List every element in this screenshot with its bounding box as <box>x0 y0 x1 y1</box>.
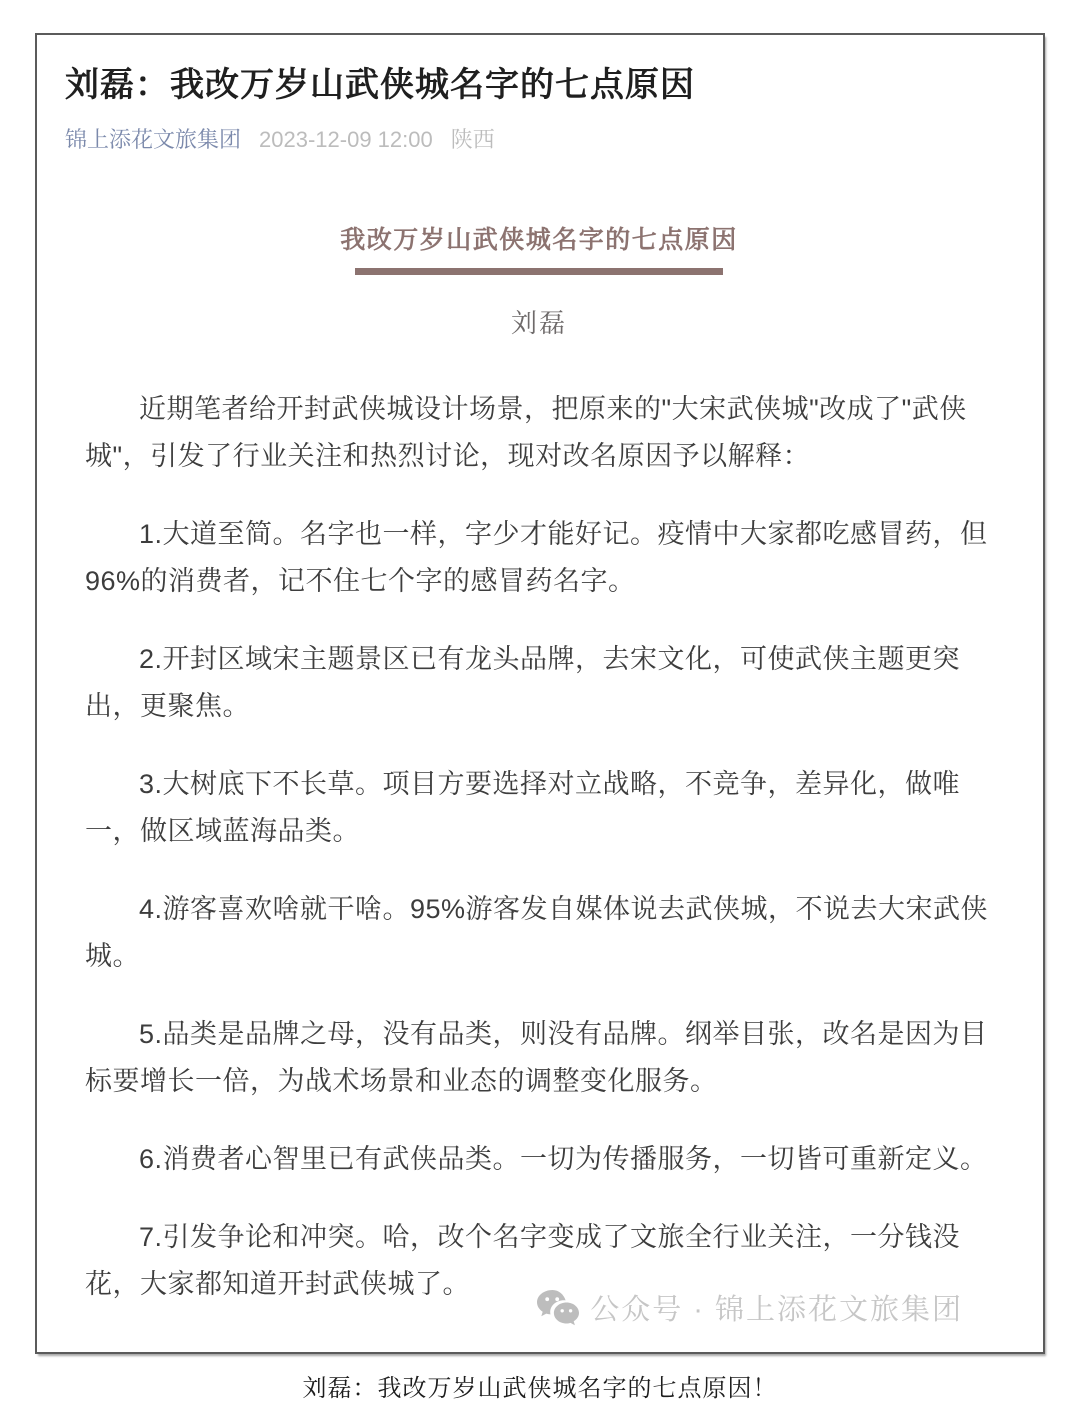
account-name-link[interactable]: 锦上添花文旅集团 <box>65 123 241 154</box>
publish-location: 陕西 <box>451 123 495 154</box>
author-name: 刘磊 <box>85 303 993 340</box>
paragraph-point-1: 1.大道至简。名字也一样，字少才能好记。疫情中大家都吃感冒药，但96%的消费者，… <box>85 511 993 605</box>
paragraph-intro: 近期笔者给开封武侠城设计场景，把原来的"大宋武侠城"改成了"武侠城"，引发了行业… <box>85 386 993 480</box>
paragraph-point-3: 3.大树底下不长草。项目方要选择对立战略，不竞争，差异化，做唯一，做区域蓝海品类… <box>85 761 993 855</box>
heading-underline <box>355 268 723 275</box>
publish-time: 2023-12-09 12:00 <box>259 127 433 153</box>
inner-heading-block: 我改万岁山武侠城名字的七点原因 <box>85 220 993 275</box>
paragraph-point-5: 5.品类是品牌之母，没有品类，则没有品牌。纲举目张，改名是因为目标要增长一倍，为… <box>85 1011 993 1105</box>
page-caption: 刘磊：我改万岁山武侠城名字的七点原因！ <box>0 1368 1080 1403</box>
watermark-text: 公众号 · 锦上添花文旅集团 <box>590 1287 963 1328</box>
wechat-icon <box>536 1289 580 1327</box>
paragraph-point-6: 6.消费者心智里已有武侠品类。一切为传播服务，一切皆可重新定义。 <box>85 1136 993 1183</box>
inner-heading: 我改万岁山武侠城名字的七点原因 <box>340 220 738 256</box>
article-body: 近期笔者给开封武侠城设计场景，把原来的"大宋武侠城"改成了"武侠城"，引发了行业… <box>85 386 993 1308</box>
paragraph-point-2: 2.开封区域宋主题景区已有龙头品牌，去宋文化，可使武侠主题更突出，更聚焦。 <box>85 636 993 730</box>
article-meta: 锦上添花文旅集团 2023-12-09 12:00 陕西 <box>65 123 993 154</box>
paragraph-point-4: 4.游客喜欢啥就干啥。95%游客发自媒体说去武侠城，不说去大宋武侠城。 <box>85 886 993 980</box>
article-title: 刘磊：我改万岁山武侠城名字的七点原因 <box>65 63 993 107</box>
article-card: 刘磊：我改万岁山武侠城名字的七点原因 锦上添花文旅集团 2023-12-09 1… <box>35 33 1045 1354</box>
